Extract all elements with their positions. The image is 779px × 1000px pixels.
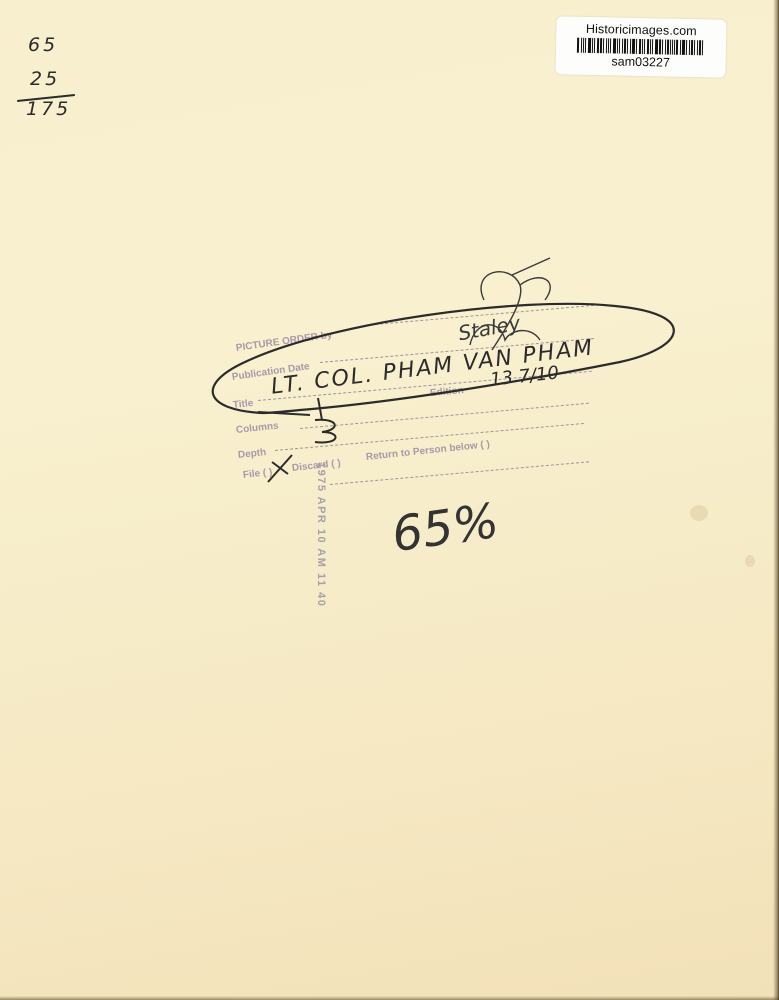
handwriting-strokes: [0, 0, 779, 1000]
check-x: [268, 455, 292, 482]
fraction-strokes: [258, 398, 336, 442]
